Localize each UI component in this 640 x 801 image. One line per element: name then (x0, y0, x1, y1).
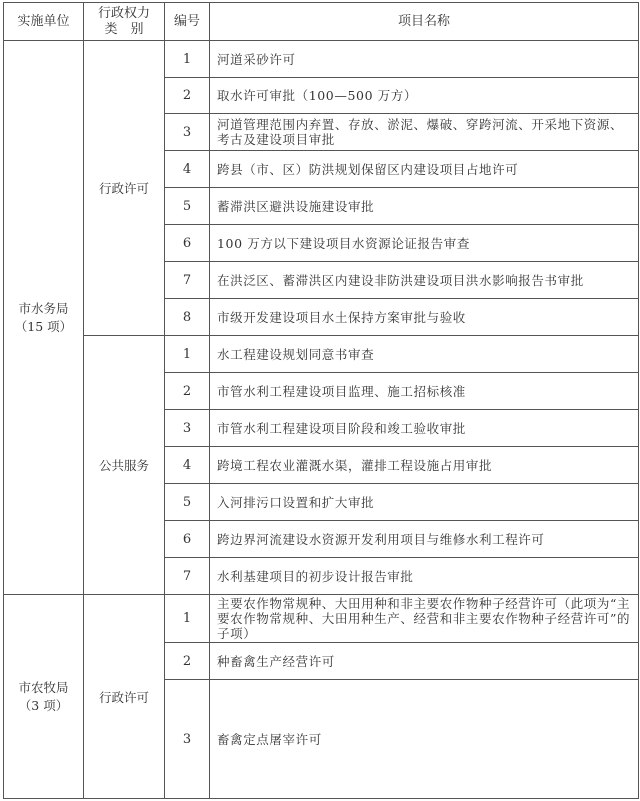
item-name: 蓄滞洪区避洪设施建设审批 (210, 188, 639, 225)
item-number: 3 (165, 680, 210, 799)
unit-name: 市农牧局 (4, 679, 83, 697)
item-name: 在洪泛区、蓄滞洪区内建设非防洪建设项目洪水影响报告书审批 (210, 262, 639, 299)
item-name: 市管水利工程建设项目阶段和竣工验收审批 (210, 410, 639, 447)
item-number: 2 (165, 373, 210, 410)
item-number: 3 (165, 410, 210, 447)
item-number: 8 (165, 299, 210, 336)
item-number: 2 (165, 78, 210, 114)
item-number: 7 (165, 558, 210, 595)
item-number: 1 (165, 41, 210, 78)
item-name: 跨境工程农业灌溉水渠，灌排工程设施占用审批 (210, 447, 639, 484)
item-name: 种畜禽生产经营许可 (210, 643, 639, 680)
item-name: 水利基建项目的初步设计报告审批 (210, 558, 639, 595)
header-name: 项目名称 (210, 3, 639, 41)
item-name: 主要农作物常规种、大田用种和非主要农作物种子经营许可（此项为“主要农作物常规种、… (210, 595, 639, 643)
item-number: 4 (165, 447, 210, 484)
item-name: 市管水利工程建设项目监理、施工招标核准 (210, 373, 639, 410)
unit-count: （15 项） (4, 318, 83, 336)
item-number: 6 (165, 225, 210, 262)
item-number: 1 (165, 336, 210, 373)
unit-name: 市水务局 (4, 300, 83, 318)
item-number: 3 (165, 114, 210, 151)
admin-power-table: 实施单位 行政权力 类 别 编号 项目名称 市水务局 （15 项） 行政许可 1… (3, 2, 639, 799)
unit-cell: 市水务局 （15 项） (4, 41, 84, 595)
item-number: 2 (165, 643, 210, 680)
item-number: 5 (165, 188, 210, 225)
item-name: 跨县（市、区）防洪规划保留区内建设项目占地许可 (210, 151, 639, 188)
header-unit: 实施单位 (4, 3, 84, 41)
item-number: 4 (165, 151, 210, 188)
unit-cell: 市农牧局 （3 项） (4, 595, 84, 799)
item-name: 市级开发建设项目水土保持方案审批与验收 (210, 299, 639, 336)
item-number: 6 (165, 521, 210, 558)
header-type-line1: 行政权力 (84, 6, 164, 22)
table-row: 市农牧局 （3 项） 行政许可 1 主要农作物常规种、大田用种和非主要农作物种子… (4, 595, 639, 643)
item-name: 100 万方以下建设项目水资源论证报告审查 (210, 225, 639, 262)
unit-count: （3 项） (4, 697, 83, 715)
item-name: 河道采砂许可 (210, 41, 639, 78)
item-number: 7 (165, 262, 210, 299)
type-cell: 行政许可 (84, 595, 165, 799)
header-row: 实施单位 行政权力 类 别 编号 项目名称 (4, 3, 639, 41)
type-cell: 公共服务 (84, 336, 165, 595)
item-name: 取水许可审批（100—500 万方） (210, 78, 639, 114)
header-type-line2: 类 别 (84, 22, 164, 38)
type-cell: 行政许可 (84, 41, 165, 336)
item-name: 水工程建设规划同意书审查 (210, 336, 639, 373)
item-number: 5 (165, 484, 210, 521)
table-row: 市水务局 （15 项） 行政许可 1 河道采砂许可 (4, 41, 639, 78)
header-number: 编号 (165, 3, 210, 41)
table-row: 公共服务 1 水工程建设规划同意书审查 (4, 336, 639, 373)
item-name: 河道管理范围内弃置、存放、淤泥、爆破、穿跨河流、开采地下资源、考古及建设项目审批 (210, 114, 639, 151)
item-name: 入河排污口设置和扩大审批 (210, 484, 639, 521)
item-name: 畜禽定点屠宰许可 (210, 680, 639, 799)
item-number: 1 (165, 595, 210, 643)
item-name: 跨边界河流建设水资源开发利用项目与维修水利工程许可 (210, 521, 639, 558)
header-type: 行政权力 类 别 (84, 3, 165, 41)
